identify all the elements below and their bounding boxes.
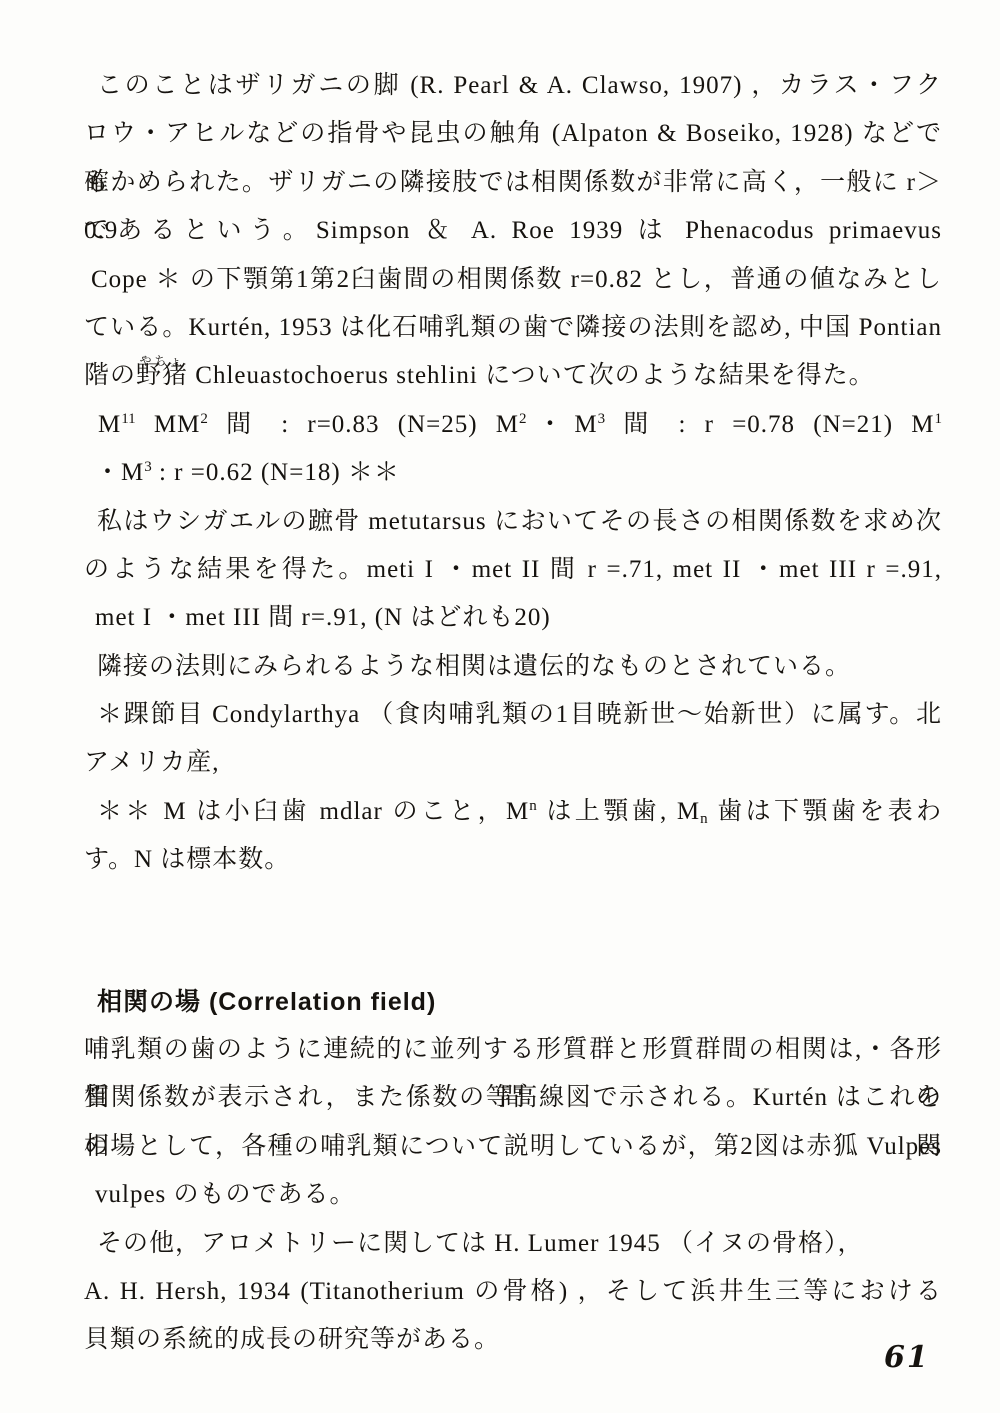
text-line: アメリカ産, bbox=[84, 739, 942, 787]
text-line: ＊踝節目 Condylarthya （食肉哺乳類の1目暁新世～始新世）に属す。北 bbox=[84, 691, 942, 739]
text-line: 私はウシガエルの蹠骨 metutarsus においてその長さの相関係数を求め次 bbox=[84, 498, 942, 546]
text-line: 貝類の系統的成長の研究等がある。 bbox=[84, 1316, 942, 1364]
furigana: やちょ bbox=[140, 355, 185, 367]
scanned-page: このことはザリガニの脚 (R. Pearl & A. Clawso, 1907)… bbox=[0, 0, 1000, 1413]
text-line: 確かめられた。ザリガニの隣接肢では相関係数が非常に高く，一般に r＞0.9 bbox=[84, 159, 942, 207]
text-line: A. H. Hersh, 1934 (Titanotherium の骨格) ，そ… bbox=[84, 1268, 942, 1316]
text-line: ＊＊ M は小臼歯 mdlar のこと，Mn は上顎歯, Mn 歯は下顎歯を表わ bbox=[84, 788, 942, 836]
ruby-base: やちょ野猪 bbox=[136, 362, 188, 389]
text-line: ている。Kurtén, 1953 は化石哺乳類の歯で隣接の法則を認め, 中国 P… bbox=[84, 304, 942, 352]
page-number: 61 bbox=[884, 1340, 930, 1375]
text-line: のような結果を得た。meti I ・met II 間 r =.71, met I… bbox=[84, 546, 942, 594]
text-line: す。N は標本数。 bbox=[84, 836, 942, 884]
text-line: Cope ＊ の下顎第1第2臼歯間の相関係数 r=0.82 とし，普通の値なみと… bbox=[84, 256, 942, 304]
text-line: の場として，各種の哺乳類について説明しているが，第2図は赤狐 Vulpes bbox=[84, 1123, 942, 1171]
text-line: 階のやちょ野猪 Chleuastochoerus stehlini について次の… bbox=[84, 352, 942, 400]
text-line: M11 MM2 間 : r=0.83 (N=25) M2・M3 間 : r =0… bbox=[84, 401, 942, 449]
text-line: 相関係数が表示され，また係数の等高線図で示される。Kurtén はこれを相関 bbox=[84, 1074, 942, 1122]
text-line: 哺乳類の歯のように連続的に並列する形質群と形質群間の相関は,・各形質間の bbox=[84, 1026, 942, 1074]
text-line: その他，アロメトリーに関しては H. Lumer 1945 （イヌの骨格）， bbox=[84, 1220, 942, 1268]
text-line: met I ・met III 間 r=.91, (N はどれも20) bbox=[84, 594, 942, 642]
text-line: 隣接の法則にみられるような相関は遺伝的なものとされている。 bbox=[84, 643, 942, 691]
text-line: ・M3 : r =0.62 (N=18) ＊＊ bbox=[84, 449, 942, 497]
text-block: このことはザリガニの脚 (R. Pearl & A. Clawso, 1907)… bbox=[84, 62, 942, 1365]
section-heading: 相関の場 (Correlation field) bbox=[84, 978, 942, 1026]
text-line: ロウ・アヒルなどの指骨や昆虫の触角 (Alpaton & Boseiko, 19… bbox=[84, 110, 942, 158]
text-line: vulpes のものである。 bbox=[84, 1171, 942, 1219]
text-line: このことはザリガニの脚 (R. Pearl & A. Clawso, 1907)… bbox=[84, 62, 942, 110]
text-line: であるという。Simpson ＆ A. Roe 1939 は Phenacodu… bbox=[84, 207, 942, 255]
